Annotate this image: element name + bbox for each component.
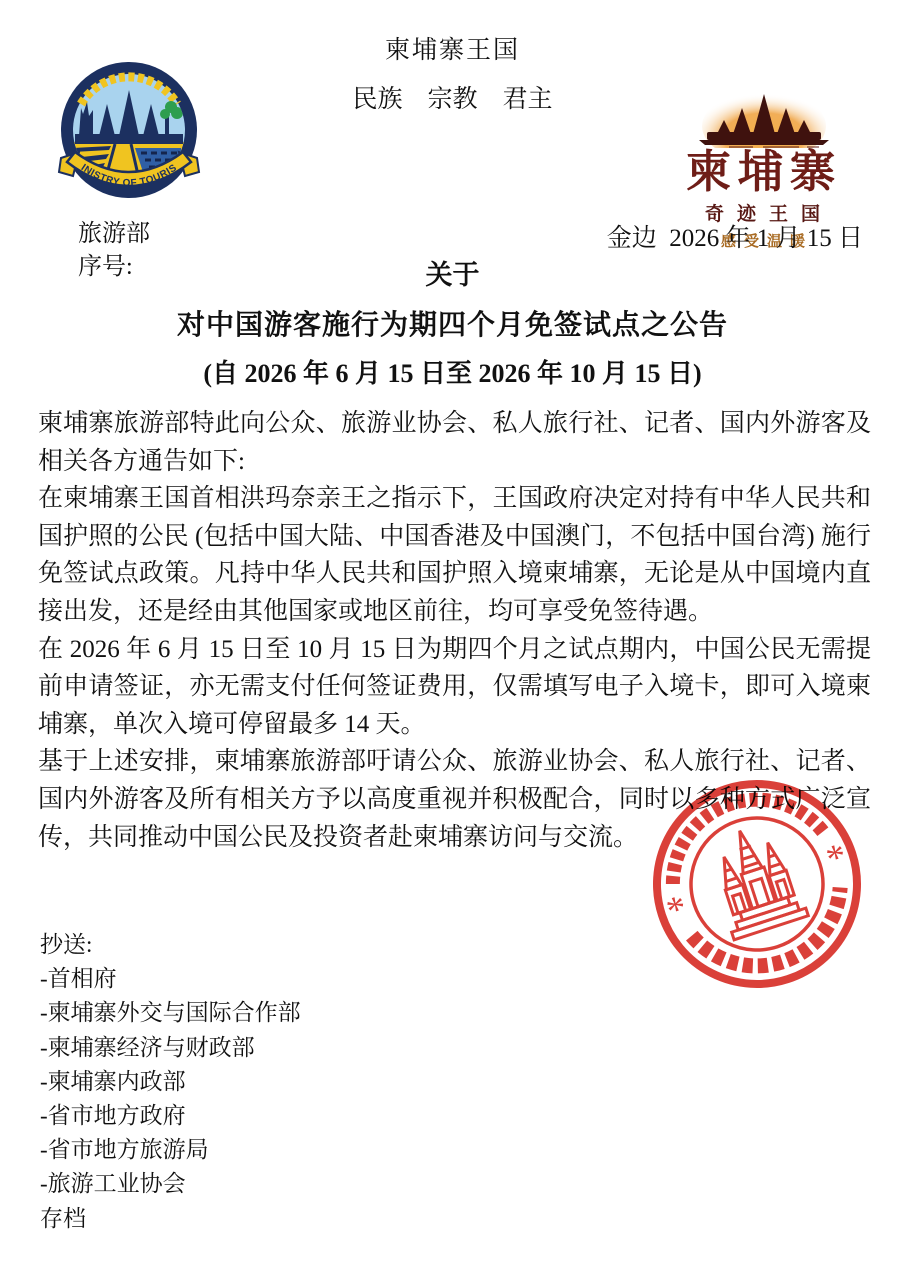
stamp-graphic: * * bbox=[640, 770, 874, 998]
seal-graphic: MINISTRY OF TOURISM bbox=[53, 60, 205, 212]
stamp-temple-icon bbox=[703, 819, 809, 940]
paragraph-3: 在 2026 年 6 月 15 日至 10 月 15 日为期四个月之试点期内，中… bbox=[38, 631, 871, 744]
ministry-of-tourism-seal-icon: MINISTRY OF TOURISM bbox=[53, 60, 205, 212]
cc-item: -旅游工业协会 bbox=[40, 1167, 301, 1201]
announcement-title: 关于 对中国游客施行为期四个月免签试点之公告 (自 2026 年 6 月 15 … bbox=[0, 253, 905, 390]
paragraph-2: 在柬埔寨王国首相洪玛奈亲王之指示下，王国政府决定对持有中华人民共和国护照的公民 … bbox=[38, 480, 871, 630]
cc-item: -省市地方旅游局 bbox=[40, 1133, 301, 1167]
cc-item: -柬埔寨外交与国际合作部 bbox=[40, 996, 301, 1030]
document-page: 柬埔寨王国 民族 宗教 君主 bbox=[0, 0, 905, 1280]
cc-item: -柬埔寨内政部 bbox=[40, 1065, 301, 1099]
logo-brand-text: 柬埔寨 bbox=[645, 149, 883, 196]
dateline: 金边 2026 年 1 月 15 日 bbox=[607, 218, 863, 254]
cc-label: 抄送: bbox=[40, 928, 301, 962]
logo-sunset-temple-icon bbox=[645, 86, 883, 148]
title-line-3: (自 2026 年 6 月 15 日至 2026 年 10 月 15 日) bbox=[0, 353, 905, 390]
official-red-stamp: * * bbox=[640, 770, 874, 998]
cc-list: 抄送: -首相府 -柬埔寨外交与国际合作部 -柬埔寨经济与财政部 -柬埔寨内政部… bbox=[40, 928, 301, 1236]
cc-item: -首相府 bbox=[40, 962, 301, 996]
paragraph-1: 柬埔寨旅游部特此向公众、旅游业协会、私人旅行社、记者、国内外游客及相关各方通告如… bbox=[38, 405, 871, 480]
archive-label: 存档 bbox=[40, 1202, 301, 1236]
cc-item: -柬埔寨经济与财政部 bbox=[40, 1031, 301, 1065]
title-line-1: 关于 bbox=[0, 253, 905, 292]
cc-item: -省市地方政府 bbox=[40, 1099, 301, 1133]
department-name: 旅游部 bbox=[78, 218, 150, 251]
title-line-2: 对中国游客施行为期四个月免签试点之公告 bbox=[0, 303, 905, 343]
